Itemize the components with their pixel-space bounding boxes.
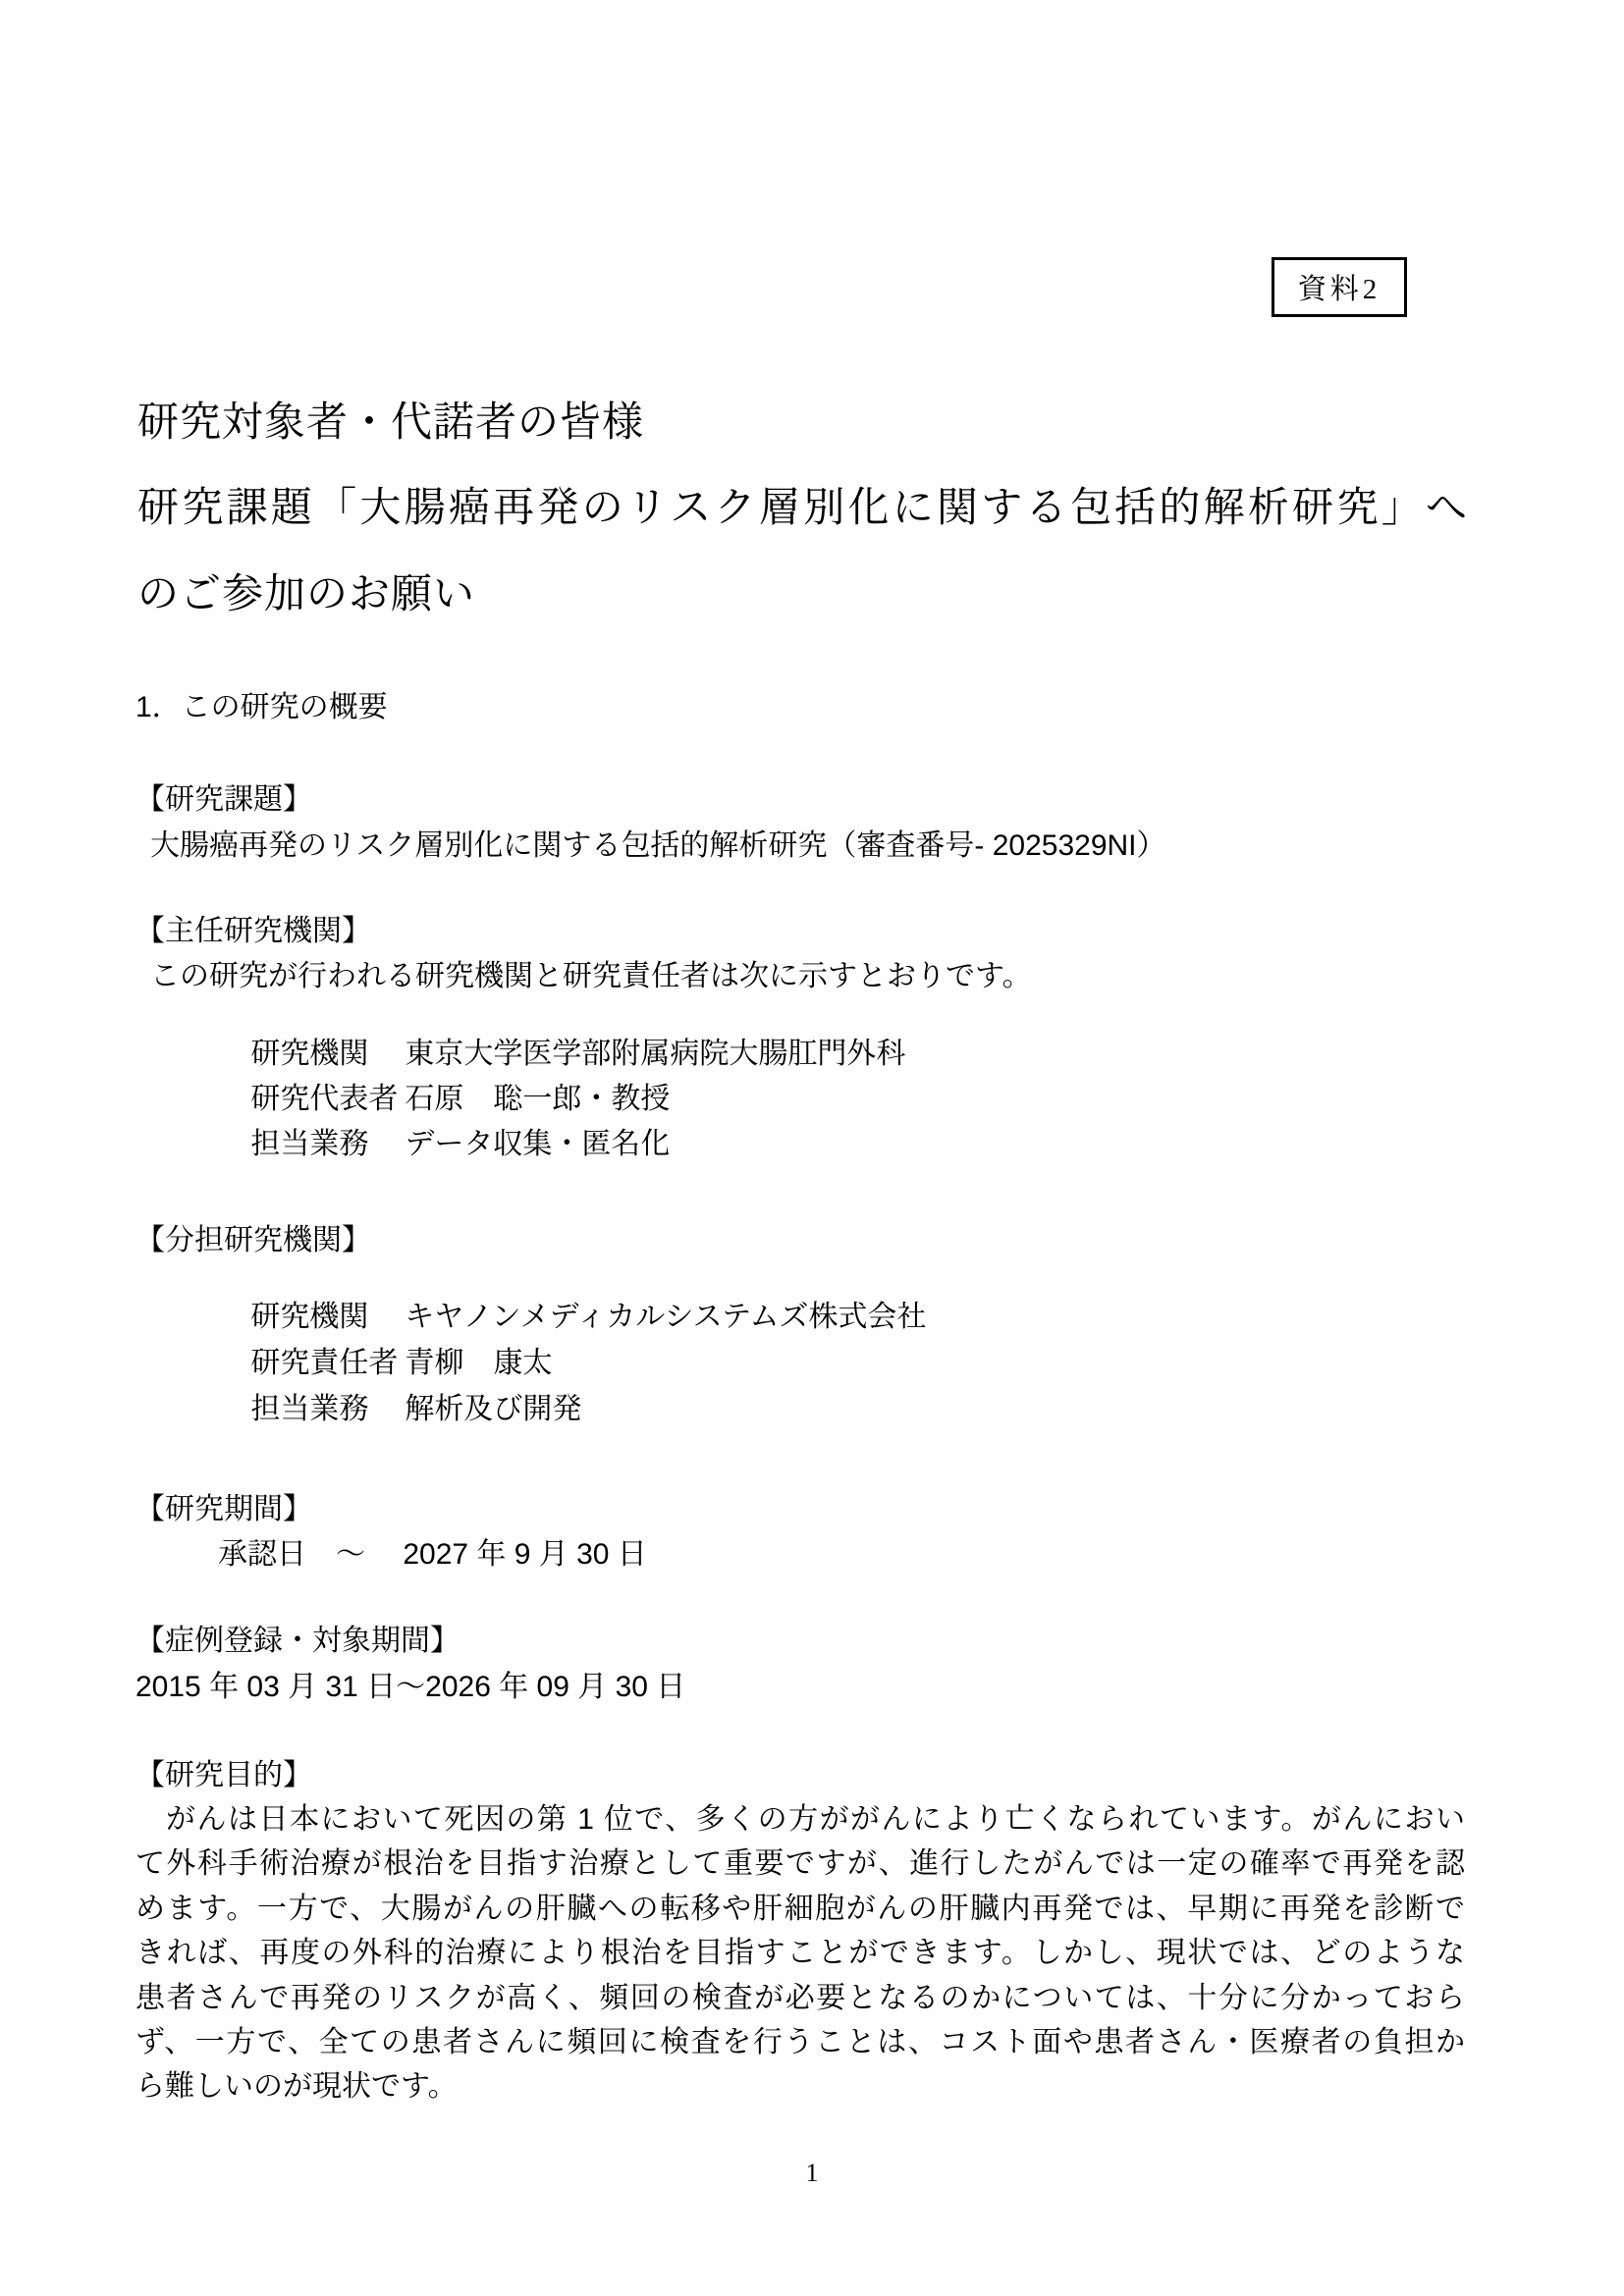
heading-study-period: 【研究期間】 <box>135 1494 312 1525</box>
heading-registration-period: 【症例登録・対象期間】 <box>135 1626 460 1657</box>
paragraph-line: て外科手術治療が根治を目指す治療として重要ですが、進行したがんでは一定の確率で再… <box>135 1842 1465 1886</box>
row-value: 解析及び開発 <box>405 1393 581 1425</box>
document-title-line1: 研究対象者・代諾者の皆様 <box>137 401 644 443</box>
page-number: 1 <box>0 2159 1624 2188</box>
paragraph-line: がんは日本において死因の第 1 位で、多くの方ががんにより亡くなられています。が… <box>135 1797 1465 1842</box>
purpose-paragraph: がんは日本において死因の第 1 位で、多くの方ががんにより亡くなられています。が… <box>135 1797 1465 2109</box>
lead-institution-intro: この研究が行われる研究機関と研究責任者は次に示すとおりです。 <box>135 961 1032 992</box>
row-value: データ収集・匿名化 <box>405 1128 670 1160</box>
row-label: 担当業務 <box>250 1129 405 1160</box>
heading-lead-institution: 【主任研究機関】 <box>135 916 371 947</box>
row-label: 担当業務 <box>250 1394 405 1425</box>
heading-research-title: 【研究課題】 <box>135 784 312 816</box>
paragraph-line: ら難しいのが現状です。 <box>135 2064 1465 2109</box>
paragraph-line: めます。一方で、大腸がんの肝臓への転移や肝細胞がんの肝臓内再発では、早期に再発を… <box>135 1887 1465 1931</box>
document-title-line2: 研究課題「大腸癌再発のリスク層別化に関する包括的解析研究」へ <box>137 487 1467 528</box>
document-label: 資料2 <box>1298 267 1381 307</box>
paragraph-line: ず、一方で、全ての患者さんに頻回に検査を行うことは、コスト面や患者さん・医療者の… <box>135 2020 1465 2064</box>
heading-branch-institution: 【分担研究機関】 <box>135 1225 371 1256</box>
study-period-value: 承認日 ～ 2027 年 9 月 30 日 <box>135 1539 647 1571</box>
heading-purpose: 【研究目的】 <box>135 1760 312 1791</box>
research-title-body: 大腸癌再発のリスク層別化に関する包括的解析研究（審査番号- 2025329NI） <box>135 830 1166 862</box>
registration-period-value: 2015 年 03 月 31 日～2026 年 09 月 30 日 <box>135 1672 685 1703</box>
lead-institution-row: 担当業務データ収集・匿名化 <box>135 1097 670 1191</box>
branch-institution-row: 担当業務解析及び開発 <box>135 1362 581 1456</box>
paragraph-line: きれば、再度の外科的治療により根治を目指すことができます。しかし、現状では、どの… <box>135 1931 1465 1975</box>
section-heading-overview: 1．この研究の概要 <box>135 692 388 723</box>
paragraph-line: 患者さんで再発のリスクが高く、頻回の検査が必要となるのかについては、十分に分かっ… <box>135 1976 1465 2020</box>
document-page: 資料2 研究対象者・代諾者の皆様 研究課題「大腸癌再発のリスク層別化に関する包括… <box>0 0 1624 2296</box>
document-title-line3: のご参加のお願い <box>137 573 475 614</box>
document-label-box: 資料2 <box>1272 257 1407 317</box>
